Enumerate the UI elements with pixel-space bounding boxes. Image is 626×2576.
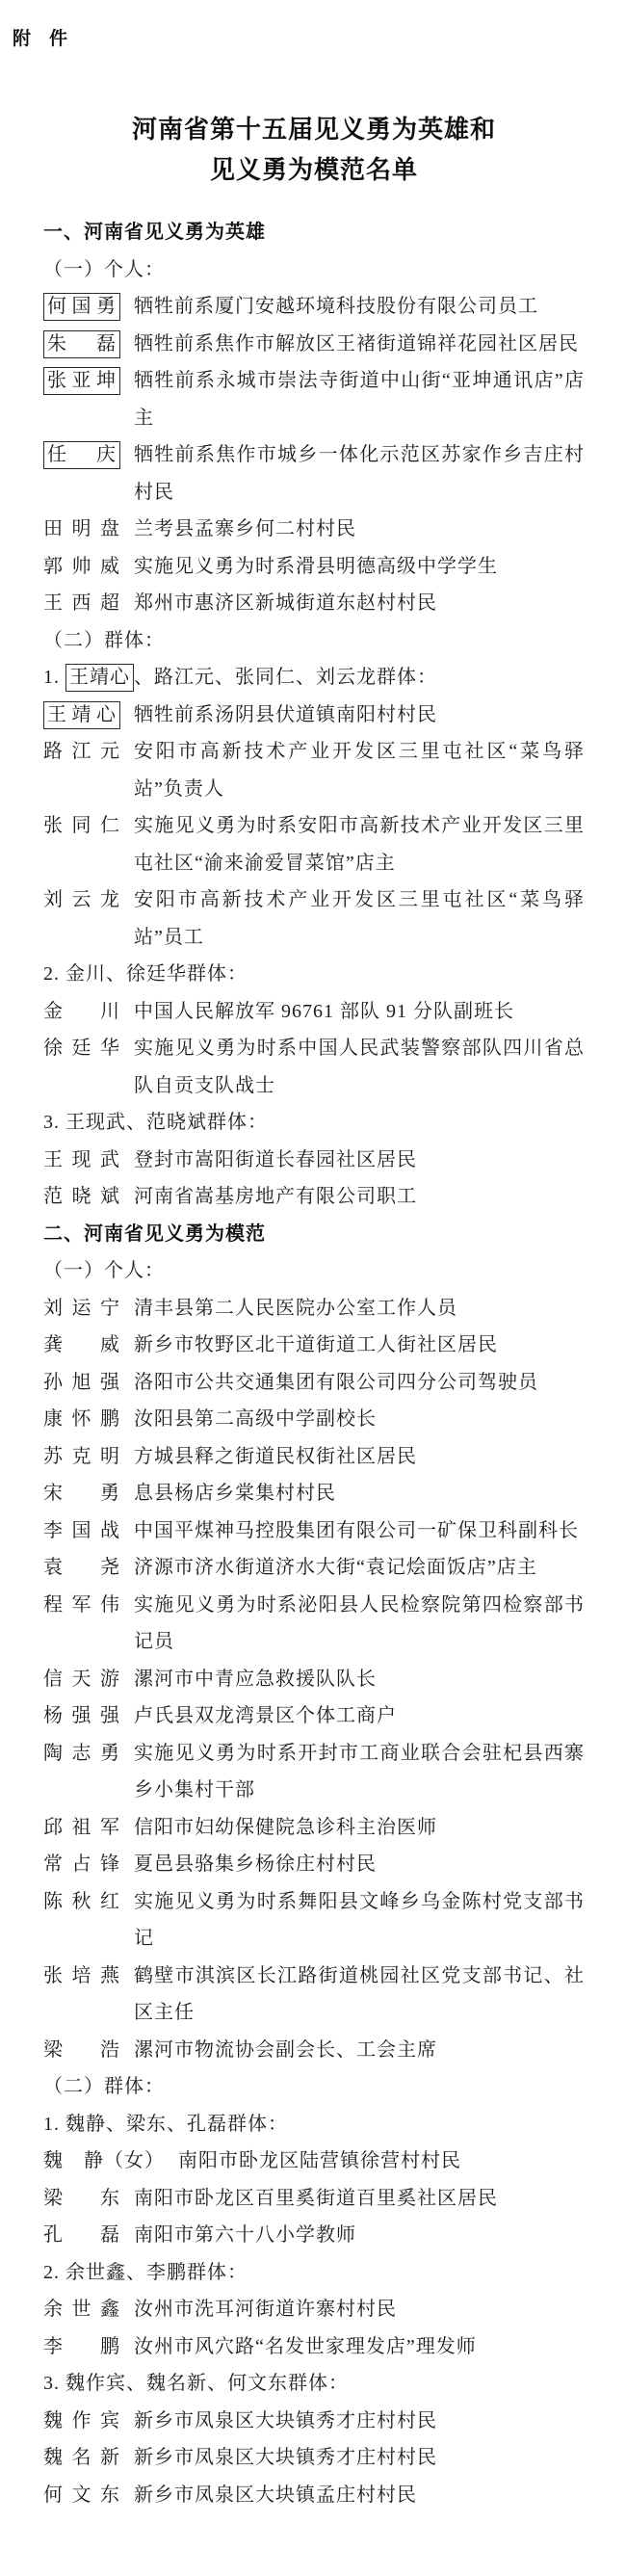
- honoree-row: 路江元安阳市高新技术产业开发区三里屯社区“菜鸟驿站”负责人: [43, 733, 585, 807]
- honoree-row: 常占锋夏邑县骆集乡杨徐庄村村民: [43, 1846, 585, 1883]
- honoree-row: 陈秋红实施见义勇为时系舞阳县文峰乡乌金陈村党支部书记: [43, 1883, 585, 1958]
- honoree-desc: 中国人民解放军 96761 部队 91 分队副班长: [134, 993, 585, 1031]
- honoree-row: 孔 磊南阳市第六十八小学教师: [43, 2217, 585, 2254]
- group-heading-text: 2. 金川、徐廷华群体：: [43, 963, 248, 985]
- honoree-desc: 鹤壁市淇滨区长江路街道桃园社区党支部书记、社区主任: [134, 1958, 585, 2032]
- honoree-desc: 牺牲前系永城市崇法寺街道中山街“亚坤通讯店”店主: [134, 362, 585, 436]
- honoree-desc: 汝州市洗耳河街道许寨村村民: [134, 2291, 585, 2328]
- honoree-row: 郭帅威实施见义勇为时系滑县明德高级中学学生: [43, 548, 585, 586]
- honoree-desc: 汝州市风穴路“名发世家理发店”理发师: [134, 2328, 585, 2366]
- honoree-row: 魏作宾新乡市凤泉区大块镇秀才庄村村民: [43, 2403, 585, 2440]
- honoree-row: 何文东新乡市凤泉区大块镇孟庄村村民: [43, 2477, 585, 2514]
- honoree-row: 田明盘兰考县孟寨乡何二村村民: [43, 511, 585, 548]
- honoree-name: 常占锋: [43, 1846, 120, 1883]
- honoree-name: 何国勇: [43, 293, 120, 321]
- honoree-row: 张亚坤牺牲前系永城市崇法寺街道中山街“亚坤通讯店”店主: [43, 362, 585, 436]
- honoree-desc: 济源市济水街道济水大街“袁记烩面饭店”店主: [134, 1549, 585, 1587]
- document-title-line1: 河南省第十五届见义勇为英雄和: [43, 110, 585, 150]
- honoree-desc: 新乡市凤泉区大块镇秀才庄村村民: [134, 2403, 585, 2440]
- honoree-desc: 南阳市卧龙区百里奚街道百里奚社区居民: [134, 2180, 585, 2218]
- document-page: 附 件 河南省第十五届见义勇为英雄和 见义勇为模范名单 一、河南省见义勇为英雄（…: [0, 0, 626, 2576]
- honoree-row: 袁 尧济源市济水街道济水大街“袁记烩面饭店”店主: [43, 1549, 585, 1587]
- honoree-desc: 实施见义勇为时系滑县明德高级中学学生: [134, 548, 585, 586]
- honoree-name: 路江元: [43, 733, 120, 771]
- honoree-desc: 实施见义勇为时系舞阳县文峰乡乌金陈村党支部书记: [134, 1883, 585, 1958]
- honoree-name: 魏名新: [43, 2439, 120, 2477]
- honoree-name: 王靖心: [43, 701, 120, 729]
- honoree-row: 李国战中国平煤神马控股集团有限公司一矿保卫科副科长: [43, 1512, 585, 1550]
- honoree-desc: 安阳市高新技术产业开发区三里屯社区“菜鸟驿站”员工: [134, 881, 585, 956]
- honoree-desc: 河南省嵩基房地产有限公司职工: [134, 1178, 585, 1216]
- honoree-desc: 漯河市中青应急救援队队长: [134, 1661, 585, 1698]
- honoree-desc: 方城县释之街道民权街社区居民: [134, 1438, 585, 1476]
- section-heading: 二、河南省见义勇为模范: [43, 1216, 585, 1253]
- honoree-name: 李 鹏: [43, 2328, 120, 2366]
- honoree-row: 康怀鹏汝阳县第二高级中学副校长: [43, 1401, 585, 1438]
- honoree-row: 范晓斌河南省嵩基房地产有限公司职工: [43, 1178, 585, 1216]
- honoree-name: 孔 磊: [43, 2217, 120, 2254]
- honoree-name: 程军伟: [43, 1587, 120, 1624]
- honoree-desc: 新乡市牧野区北干道街道工人街社区居民: [134, 1327, 585, 1364]
- honoree-name: 魏 静（女）: [43, 2142, 165, 2180]
- honoree-desc: 漯河市物流协会副会长、工会主席: [134, 2032, 585, 2069]
- group-heading: 1. 魏静、梁东、孔磊群体：: [43, 2106, 585, 2143]
- group-heading: 2. 余世鑫、李鹏群体：: [43, 2254, 585, 2292]
- honoree-name: 陈秋红: [43, 1883, 120, 1921]
- honoree-desc: 南阳市卧龙区陆营镇徐营村村民: [178, 2142, 585, 2180]
- honoree-name: 魏作宾: [43, 2403, 120, 2440]
- honoree-name: 任 庆: [43, 441, 120, 469]
- honoree-name: 梁 浩: [43, 2032, 120, 2069]
- honoree-row: 苏克明方城县释之街道民权街社区居民: [43, 1438, 585, 1476]
- honoree-row: 龚 威新乡市牧野区北干道街道工人街社区居民: [43, 1327, 585, 1364]
- honoree-row: 杨强强卢氏县双龙湾景区个体工商户: [43, 1697, 585, 1735]
- honoree-row: 李 鹏汝州市风穴路“名发世家理发店”理发师: [43, 2328, 585, 2366]
- honoree-name: 金 川: [43, 993, 120, 1031]
- subsection-heading: （一）个人：: [43, 251, 585, 289]
- group-heading-text: 3. 王现武、范晓斌群体：: [43, 1112, 268, 1133]
- honoree-name: 信天游: [43, 1661, 120, 1698]
- honoree-desc: 牺牲前系汤阴县伏道镇南阳村村民: [134, 697, 585, 734]
- honoree-desc: 清丰县第二人民医院办公室工作人员: [134, 1290, 585, 1327]
- honoree-desc: 新乡市凤泉区大块镇秀才庄村村民: [134, 2439, 585, 2477]
- honoree-name: 田明盘: [43, 511, 120, 548]
- group-heading-text: 、路江元、张同仁、刘云龙群体：: [134, 667, 437, 688]
- honoree-name: 孙旭强: [43, 1364, 120, 1402]
- group-heading: 3. 魏作宾、魏名新、何文东群体：: [43, 2365, 585, 2403]
- honoree-name: 王现武: [43, 1142, 120, 1179]
- honoree-desc: 新乡市凤泉区大块镇孟庄村村民: [134, 2477, 585, 2514]
- honoree-row: 魏名新新乡市凤泉区大块镇秀才庄村村民: [43, 2439, 585, 2477]
- honoree-row: 刘运宁清丰县第二人民医院办公室工作人员: [43, 1290, 585, 1327]
- honoree-name: 康怀鹏: [43, 1401, 120, 1438]
- honoree-name: 王西超: [43, 585, 120, 622]
- honoree-desc: 登封市嵩阳街道长春园社区居民: [134, 1142, 585, 1179]
- honoree-desc: 汝阳县第二高级中学副校长: [134, 1401, 585, 1438]
- document-title: 河南省第十五届见义勇为英雄和 见义勇为模范名单: [43, 110, 585, 191]
- honoree-name: 余世鑫: [43, 2291, 120, 2328]
- subsection-heading: （一）个人：: [43, 1252, 585, 1290]
- honoree-name: 龚 威: [43, 1327, 120, 1364]
- honoree-row: 何国勇牺牲前系厦门安越环境科技股份有限公司员工: [43, 288, 585, 326]
- honoree-row: 张同仁实施见义勇为时系安阳市高新技术产业开发区三里屯社区“渝来渝爱冒菜馆”店主: [43, 807, 585, 881]
- honoree-desc: 南阳市第六十八小学教师: [134, 2217, 585, 2254]
- boxed-honoree-name: 王靖心: [65, 664, 134, 692]
- honoree-desc: 兰考县孟寨乡何二村村民: [134, 511, 585, 548]
- document-body: 一、河南省见义勇为英雄（一）个人：何国勇牺牲前系厦门安越环境科技股份有限公司员工…: [43, 214, 585, 2513]
- honoree-row: 程军伟实施见义勇为时系泌阳县人民检察院第四检察部书记员: [43, 1587, 585, 1661]
- honoree-row: 刘云龙安阳市高新技术产业开发区三里屯社区“菜鸟驿站”员工: [43, 881, 585, 956]
- honoree-name: 刘运宁: [43, 1290, 120, 1327]
- honoree-name: 张亚坤: [43, 367, 120, 395]
- honoree-desc: 实施见义勇为时系安阳市高新技术产业开发区三里屯社区“渝来渝爱冒菜馆”店主: [134, 807, 585, 881]
- honoree-name: 刘云龙: [43, 881, 120, 919]
- honoree-row: 金 川中国人民解放军 96761 部队 91 分队副班长: [43, 993, 585, 1031]
- honoree-row: 王现武登封市嵩阳街道长春园社区居民: [43, 1142, 585, 1179]
- honoree-name: 朱 磊: [43, 330, 120, 358]
- honoree-desc: 洛阳市公共交通集团有限公司四分公司驾驶员: [134, 1364, 585, 1402]
- honoree-row: 梁 浩漯河市物流协会副会长、工会主席: [43, 2032, 585, 2069]
- honoree-desc: 卢氏县双龙湾景区个体工商户: [134, 1697, 585, 1735]
- group-heading: 3. 王现武、范晓斌群体：: [43, 1104, 585, 1142]
- honoree-desc: 牺牲前系厦门安越环境科技股份有限公司员工: [134, 288, 585, 326]
- honoree-desc: 中国平煤神马控股集团有限公司一矿保卫科副科长: [134, 1512, 585, 1550]
- group-heading-text: 3. 魏作宾、魏名新、何文东群体：: [43, 2373, 349, 2394]
- honoree-name: 陶志勇: [43, 1735, 120, 1773]
- honoree-desc: 实施见义勇为时系中国人民武装警察部队四川省总队自贡支队战士: [134, 1030, 585, 1104]
- honoree-row: 徐廷华实施见义勇为时系中国人民武装警察部队四川省总队自贡支队战士: [43, 1030, 585, 1104]
- honoree-desc: 牺牲前系焦作市解放区王褚街道锦祥花园社区居民: [134, 326, 585, 363]
- honoree-name: 张同仁: [43, 807, 120, 845]
- group-heading-text: 2. 余世鑫、李鹏群体：: [43, 2262, 248, 2283]
- honoree-name: 徐廷华: [43, 1030, 120, 1067]
- group-heading: 2. 金川、徐廷华群体：: [43, 956, 585, 993]
- honoree-row: 张培燕鹤壁市淇滨区长江路街道桃园社区党支部书记、社区主任: [43, 1958, 585, 2032]
- section-heading: 一、河南省见义勇为英雄: [43, 214, 585, 251]
- honoree-name: 郭帅威: [43, 548, 120, 586]
- honoree-desc: 夏邑县骆集乡杨徐庄村村民: [134, 1846, 585, 1883]
- honoree-desc: 信阳市妇幼保健院急诊科主治医师: [134, 1809, 585, 1847]
- honoree-row: 邱祖军信阳市妇幼保健院急诊科主治医师: [43, 1809, 585, 1847]
- honoree-row: 孙旭强洛阳市公共交通集团有限公司四分公司驾驶员: [43, 1364, 585, 1402]
- honoree-name: 宋 勇: [43, 1475, 120, 1512]
- honoree-name: 范晓斌: [43, 1178, 120, 1216]
- attachment-label: 附 件: [13, 29, 585, 50]
- honoree-row: 陶志勇实施见义勇为时系开封市工商业联合会驻杞县西寨乡小集村干部: [43, 1735, 585, 1809]
- honoree-name: 邱祖军: [43, 1809, 120, 1847]
- honoree-name: 苏克明: [43, 1438, 120, 1476]
- honoree-desc: 息县杨店乡棠集村村民: [134, 1475, 585, 1512]
- honoree-desc: 安阳市高新技术产业开发区三里屯社区“菜鸟驿站”负责人: [134, 733, 585, 807]
- honoree-row: 王西超郑州市惠济区新城街道东赵村村民: [43, 585, 585, 622]
- subsection-heading: （二）群体：: [43, 2068, 585, 2106]
- honoree-row: 信天游漯河市中青应急救援队队长: [43, 1661, 585, 1698]
- honoree-name: 杨强强: [43, 1697, 120, 1735]
- honoree-desc: 实施见义勇为时系开封市工商业联合会驻杞县西寨乡小集村干部: [134, 1735, 585, 1809]
- honoree-name: 李国战: [43, 1512, 120, 1550]
- honoree-row: 梁 东南阳市卧龙区百里奚街道百里奚社区居民: [43, 2180, 585, 2218]
- honoree-name: 张培燕: [43, 1958, 120, 1995]
- honoree-name: 梁 东: [43, 2180, 120, 2218]
- honoree-row: 王靖心牺牲前系汤阴县伏道镇南阳村村民: [43, 697, 585, 734]
- honoree-name: 袁 尧: [43, 1549, 120, 1587]
- group-heading-text: 1.: [43, 667, 65, 688]
- honoree-row: 朱 磊牺牲前系焦作市解放区王褚街道锦祥花园社区居民: [43, 326, 585, 363]
- document-title-line2: 见义勇为模范名单: [43, 150, 585, 191]
- honoree-row: 任 庆牺牲前系焦作市城乡一体化示范区苏家作乡吉庄村村民: [43, 436, 585, 511]
- group-heading-text: 1. 魏静、梁东、孔磊群体：: [43, 2114, 288, 2135]
- honoree-name: 何文东: [43, 2477, 120, 2514]
- honoree-row: 宋 勇息县杨店乡棠集村村民: [43, 1475, 585, 1512]
- honoree-desc: 牺牲前系焦作市城乡一体化示范区苏家作乡吉庄村村民: [134, 436, 585, 511]
- subsection-heading: （二）群体：: [43, 622, 585, 660]
- honoree-desc: 实施见义勇为时系泌阳县人民检察院第四检察部书记员: [134, 1587, 585, 1661]
- honoree-desc: 郑州市惠济区新城街道东赵村村民: [134, 585, 585, 622]
- group-heading: 1. 王靖心、路江元、张同仁、刘云龙群体：: [43, 659, 585, 697]
- honoree-row: 魏 静（女）南阳市卧龙区陆营镇徐营村村民: [43, 2142, 585, 2180]
- honoree-row: 余世鑫汝州市洗耳河街道许寨村村民: [43, 2291, 585, 2328]
